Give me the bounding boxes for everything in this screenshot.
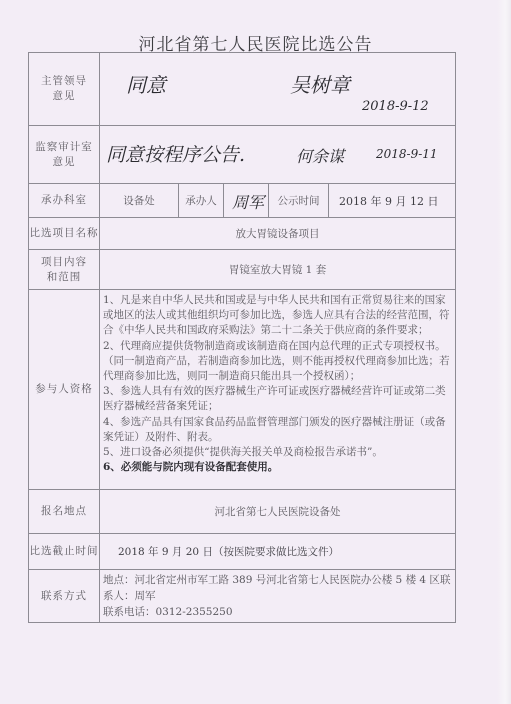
- qualifications-row: 参与人资格 1、凡是来自中华人民共和国或是与中华人民共和国有正常贸易往来的国家或…: [29, 290, 456, 490]
- contact-phone: 联系电话：0312-2355250: [103, 604, 452, 620]
- contact-details: 地点：河北省定州市军工路 389 号河北省第七人民医院办公楼 5 楼 4 区联系…: [100, 570, 456, 623]
- person-value: 周军: [224, 184, 269, 218]
- page-edge-shadow: [497, 0, 511, 704]
- qualification-item: 4、参选产品具有国家食品药品监督管理部门颁发的医疗器械注册证（或备案凭证）及附件…: [103, 415, 451, 445]
- project-name-row: 比选项目名称 放大胃镜设备项目: [29, 218, 456, 250]
- announcement-form-table: 主管领导 意见 同意 吴树章 2018-9-12 监察审计室 意见 同意按程序公…: [28, 52, 456, 623]
- handwritten-opinion: 同意按程序公告.: [106, 140, 245, 167]
- dept-label: 承办科室: [29, 184, 100, 218]
- contact-label: 联系方式: [29, 570, 100, 623]
- project-name-value: 放大胃镜设备项目: [100, 218, 456, 250]
- qualification-item: 3、参选人具有有效的医疗器械生产许可证或医疗器械经营许可证或第二类医疗器械经营备…: [103, 384, 451, 414]
- qualification-item: 1、凡是来自中华人民共和国或是与中华人民共和国有正常贸易往来的国家或地区的法人或…: [103, 293, 451, 339]
- publicity-value: 2018 年 9 月 12 日: [329, 184, 456, 218]
- publicity-label: 公示时间: [269, 184, 329, 218]
- label-line: 意见: [29, 89, 99, 104]
- handwritten-signature: 何余谋: [296, 144, 344, 167]
- project-scope-label: 项目内容 和范围: [29, 250, 100, 290]
- label-line: 主管领导: [29, 74, 99, 89]
- registration-value: 河北省第七人民医院设备处: [100, 490, 456, 534]
- audit-opinion-row: 监察审计室 意见 同意按程序公告. 何余谋 2018-9-11: [29, 126, 456, 184]
- leader-opinion-content: 同意 吴树章 2018-9-12: [100, 53, 456, 126]
- label-line: 和范围: [29, 270, 99, 285]
- registration-row: 报名地点 河北省第七人民医院设备处: [29, 490, 456, 534]
- audit-opinion-label: 监察审计室 意见: [29, 126, 100, 184]
- handwritten-date: 2018-9-12: [362, 99, 429, 114]
- qualifications-list: 1、凡是来自中华人民共和国或是与中华人民共和国有正常贸易往来的国家或地区的法人或…: [100, 290, 456, 490]
- qualification-item: 6、必须能与院内现有设备配套使用。: [103, 460, 451, 475]
- audit-opinion-content: 同意按程序公告. 何余谋 2018-9-11: [100, 126, 456, 184]
- qualification-item: 5、进口设备必须提供“提供海关报关单及商检报告承诺书”。: [103, 445, 451, 460]
- contact-row: 联系方式 地点：河北省定州市军工路 389 号河北省第七人民医院办公楼 5 楼 …: [29, 570, 456, 623]
- leader-opinion-label: 主管领导 意见: [29, 53, 100, 126]
- label-line: 项目内容: [29, 255, 99, 270]
- qualification-item: 2、代理商应提供货物制造商或该制造商在国内总代理的正式专项授权书。（同一制造商产…: [103, 339, 451, 385]
- project-scope-row: 项目内容 和范围 胃镜室放大胃镜 1 套: [29, 250, 456, 290]
- handwritten-signature: 吴树章: [290, 69, 350, 98]
- leader-opinion-row: 主管领导 意见 同意 吴树章 2018-9-12: [29, 53, 456, 126]
- label-line: 监察审计室: [29, 140, 99, 155]
- person-label: 承办人: [179, 184, 224, 218]
- deadline-value: 2018 年 9 月 20 日（按医院要求做比选文件）: [100, 534, 456, 570]
- handwritten-opinion: 同意: [126, 69, 166, 98]
- deadline-row: 比选截止时间 2018 年 9 月 20 日（按医院要求做比选文件）: [29, 534, 456, 570]
- handwritten-date: 2018-9-11: [376, 147, 438, 161]
- undertaking-row: 承办科室 设备处 承办人 周军 公示时间 2018 年 9 月 12 日: [29, 184, 456, 218]
- registration-label: 报名地点: [29, 490, 100, 534]
- label-line: 意见: [29, 155, 99, 170]
- dept-value: 设备处: [100, 184, 179, 218]
- handwritten-person: 周军: [232, 190, 264, 213]
- contact-address: 地点：河北省定州市军工路 389 号河北省第七人民医院办公楼 5 楼 4 区: [103, 574, 440, 586]
- project-name-label: 比选项目名称: [29, 218, 100, 250]
- deadline-label: 比选截止时间: [29, 534, 100, 570]
- project-scope-value: 胃镜室放大胃镜 1 套: [100, 250, 456, 290]
- qualifications-label: 参与人资格: [29, 290, 100, 490]
